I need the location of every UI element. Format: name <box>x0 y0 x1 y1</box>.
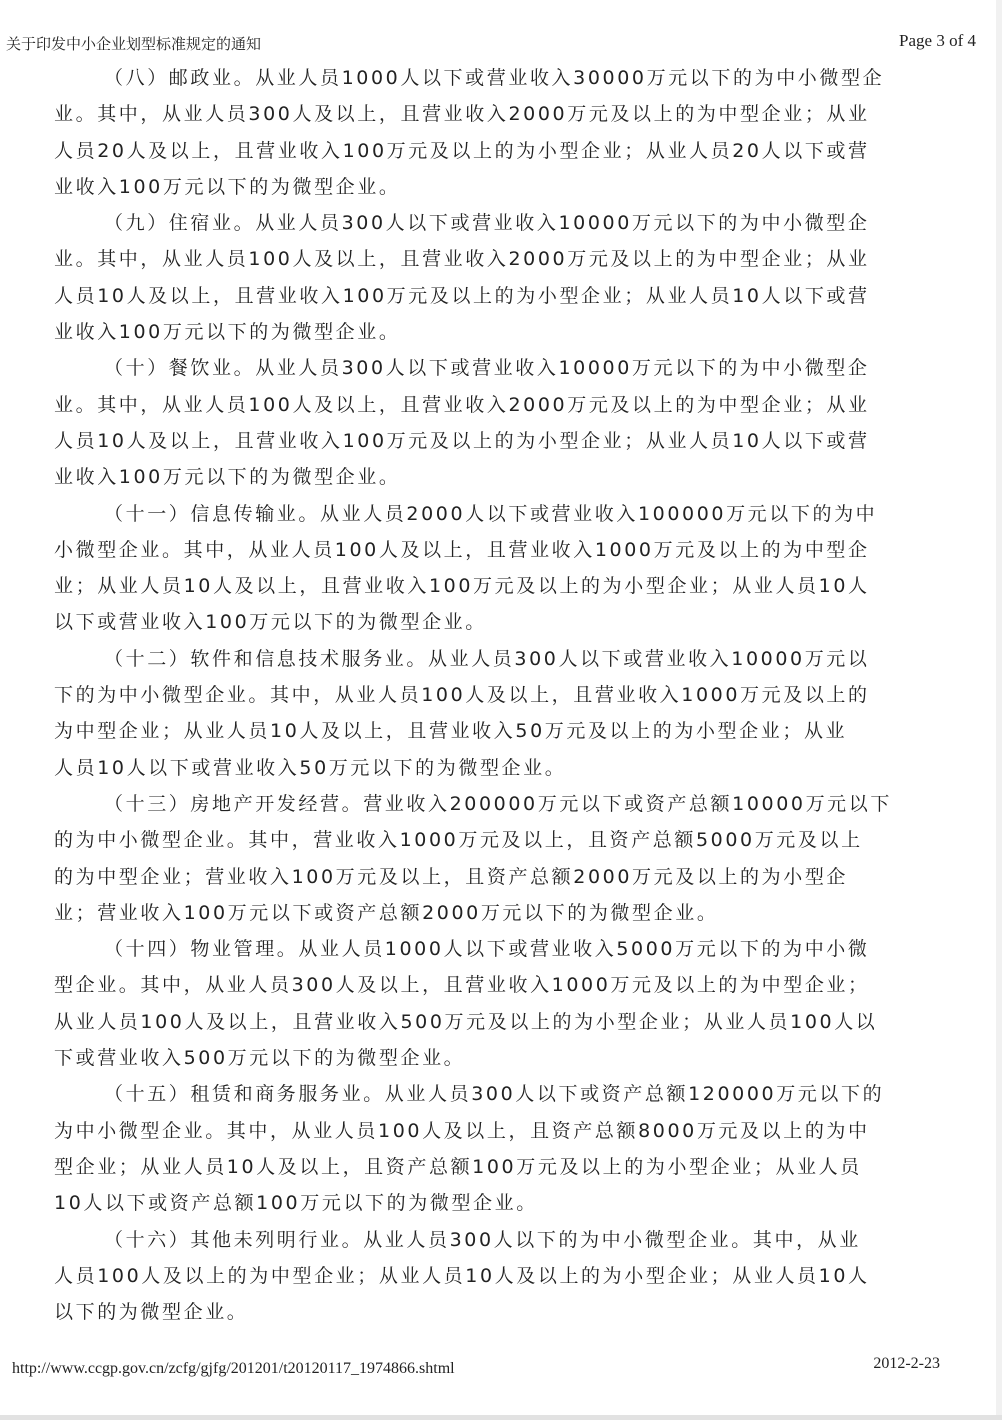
paragraph-line: 人员10人以下或营业收入50万元以下的为微型企业。 <box>54 750 934 786</box>
paragraph-line: （十一）信息传输业。从业人员2000人以下或营业收入100000万元以下的为中 <box>54 496 934 532</box>
paragraph-line: 10人以下或资产总额100万元以下的为微型企业。 <box>54 1185 934 1221</box>
source-url[interactable]: http://www.ccgp.gov.cn/zcfg/gjfg/201201/… <box>12 1360 455 1378</box>
paragraph-line: 为中小微型企业。其中，从业人员100人及以上，且资产总额8000万元及以上的为中 <box>54 1113 934 1149</box>
paragraph-line: 人员10人及以上，且营业收入100万元及以上的为小型企业；从业人员10人以下或营 <box>54 278 934 314</box>
paragraph-line: （十四）物业管理。从业人员1000人以下或营业收入5000万元以下的为中小微 <box>54 931 934 967</box>
paragraph-line: 以下或营业收入100万元以下的为微型企业。 <box>54 604 934 640</box>
paragraph-line: 人员20人及以上，且营业收入100万元及以上的为小型企业；从业人员20人以下或营 <box>54 133 934 169</box>
paragraph-line: 业收入100万元以下的为微型企业。 <box>54 314 934 350</box>
paragraph-line: 业收入100万元以下的为微型企业。 <box>54 169 934 205</box>
paragraph-line: 为中型企业；从业人员10人及以上，且营业收入50万元及以上的为小型企业；从业 <box>54 713 934 749</box>
paragraph-line: 业；从业人员10人及以上，且营业收入100万元及以上的为小型企业；从业人员10人 <box>54 568 934 604</box>
page-edge-bottom <box>0 1415 1002 1420</box>
paragraph-line: 业。其中，从业人员100人及以上，且营业收入2000万元及以上的为中型企业；从业 <box>54 241 934 277</box>
paragraph-line: 人员10人及以上，且营业收入100万元及以上的为小型企业；从业人员10人以下或营 <box>54 423 934 459</box>
paragraph-line: 业收入100万元以下的为微型企业。 <box>54 459 934 495</box>
paragraph-line: 人员100人及以上的为中型企业；从业人员10人及以上的为小型企业；从业人员10人 <box>54 1258 934 1294</box>
paragraph-line: 业；营业收入100万元以下或资产总额2000万元以下的为微型企业。 <box>54 895 934 931</box>
paragraph-line: （八）邮政业。从业人员1000人以下或营业收入30000万元以下的为中小微型企 <box>54 60 934 96</box>
paragraph-line: （十三）房地产开发经营。营业收入200000万元以下或资产总额10000万元以下 <box>54 786 934 822</box>
paragraph-line: 业。其中，从业人员100人及以上，且营业收入2000万元及以上的为中型企业；从业 <box>54 387 934 423</box>
paragraph-line: 小微型企业。其中，从业人员100人及以上，且营业收入1000万元及以上的为中型企 <box>54 532 934 568</box>
print-date: 2012-2-23 <box>873 1355 940 1373</box>
document-title: 关于印发中小企业划型标准规定的通知 <box>6 33 261 54</box>
paragraph-line: 下或营业收入500万元以下的为微型企业。 <box>54 1040 934 1076</box>
paragraph-line: （十）餐饮业。从业人员300人以下或营业收入10000万元以下的为中小微型企 <box>54 350 934 386</box>
paragraph-line: 的为中型企业；营业收入100万元及以上，且资产总额2000万元及以上的为小型企 <box>54 859 934 895</box>
page-edge <box>996 0 1002 1420</box>
paragraph-line: 型企业。其中，从业人员300人及以上，且营业收入1000万元及以上的为中型企业； <box>54 967 934 1003</box>
document-body: （八）邮政业。从业人员1000人以下或营业收入30000万元以下的为中小微型企 … <box>54 60 934 1330</box>
page-indicator: Page 3 of 4 <box>899 31 976 51</box>
paragraph-line: 从业人员100人及以上，且营业收入500万元及以上的为小型企业；从业人员100人… <box>54 1004 934 1040</box>
paragraph-line: 型企业；从业人员10人及以上，且资产总额100万元及以上的为小型企业；从业人员 <box>54 1149 934 1185</box>
paragraph-line: （九）住宿业。从业人员300人以下或营业收入10000万元以下的为中小微型企 <box>54 205 934 241</box>
paragraph-line: 的为中小微型企业。其中，营业收入1000万元及以上，且资产总额5000万元及以上 <box>54 822 934 858</box>
paragraph-line: 业。其中，从业人员300人及以上，且营业收入2000万元及以上的为中型企业；从业 <box>54 96 934 132</box>
paragraph-line: （十六）其他未列明行业。从业人员300人以下的为中小微型企业。其中，从业 <box>54 1222 934 1258</box>
paragraph-line: 下的为中小微型企业。其中，从业人员100人及以上，且营业收入1000万元及以上的 <box>54 677 934 713</box>
paragraph-line: 以下的为微型企业。 <box>54 1294 934 1330</box>
paragraph-line: （十二）软件和信息技术服务业。从业人员300人以下或营业收入10000万元以 <box>54 641 934 677</box>
paragraph-line: （十五）租赁和商务服务业。从业人员300人以下或资产总额120000万元以下的 <box>54 1076 934 1112</box>
